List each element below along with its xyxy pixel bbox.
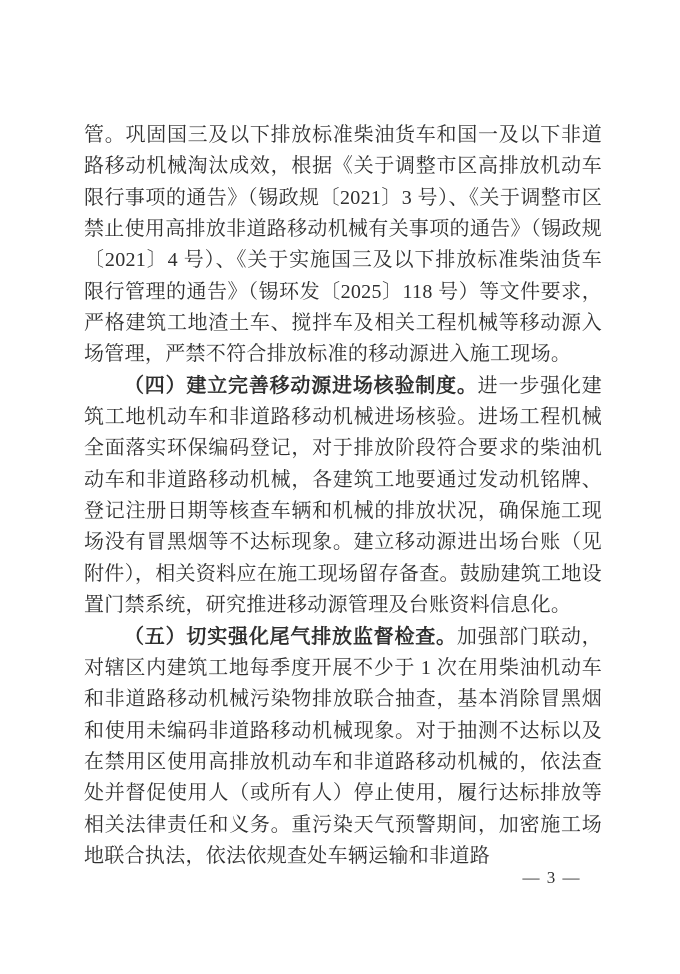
document-body: 管。巩固国三及以下排放标准柴油货车和国一及以下非道路移动机械淘汰成效，根据《关于…	[84, 120, 602, 872]
paragraph-continuation: 管。巩固国三及以下排放标准柴油货车和国一及以下非道路移动机械淘汰成效，根据《关于…	[84, 120, 602, 371]
paragraph-section-5-heading: （五）切实强化尾气排放监督检查。	[124, 626, 457, 648]
page-number: — 3 —	[523, 868, 582, 888]
paragraph-section-5: （五）切实强化尾气排放监督检查。加强部门联动，对辖区内建筑工地每季度开展不少于 …	[84, 622, 602, 873]
paragraph-continuation-text: 管。巩固国三及以下排放标准柴油货车和国一及以下非道路移动机械淘汰成效，根据《关于…	[84, 124, 602, 365]
paragraph-section-4: （四）建立完善移动源进场核验制度。进一步强化建筑工地机动车和非道路移动机械进场核…	[84, 371, 602, 622]
document-page: 管。巩固国三及以下排放标准柴油货车和国一及以下非道路移动机械淘汰成效，根据《关于…	[0, 0, 680, 974]
paragraph-section-4-text: 进一步强化建筑工地机动车和非道路移动机械进场核验。进场工程机械全面落实环保编码登…	[84, 375, 602, 616]
paragraph-section-4-heading: （四）建立完善移动源进场核验制度。	[124, 375, 478, 397]
paragraph-section-5-text: 加强部门联动，对辖区内建筑工地每季度开展不少于 1 次在用柴油机动车和非道路移动…	[84, 626, 602, 867]
